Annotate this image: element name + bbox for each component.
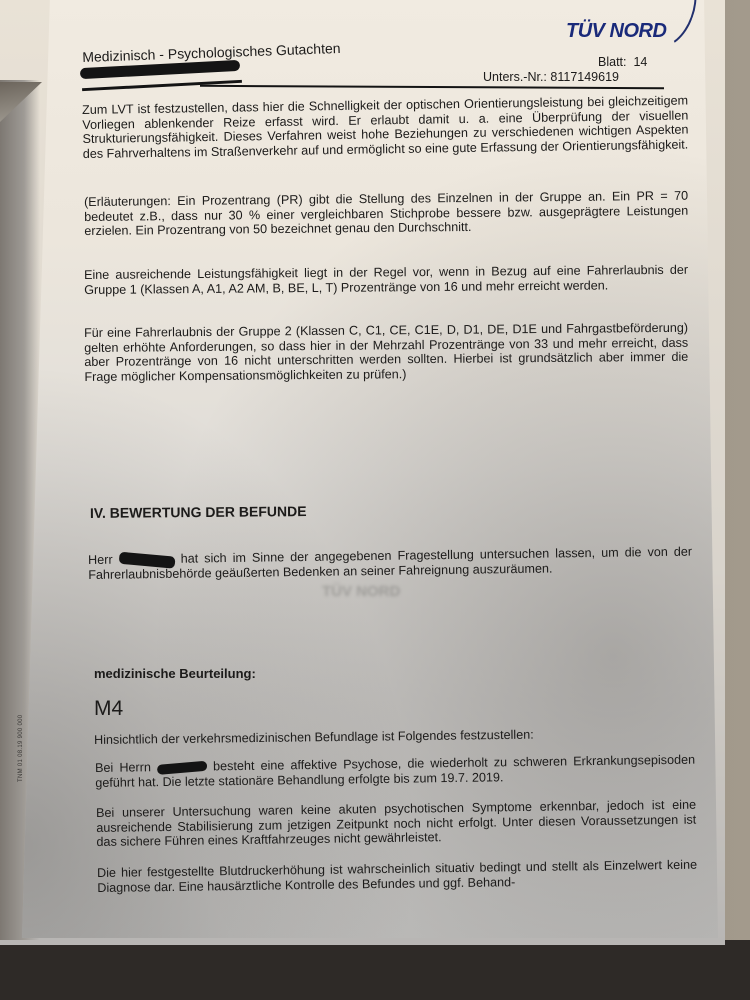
- paragraph-group1: Eine ausreichende Leistungsfähigkeit lie…: [84, 263, 688, 297]
- redacted-name: [157, 760, 208, 774]
- header-divider: [200, 85, 664, 89]
- tuv-nord-logo: TÜV NORD: [566, 20, 666, 43]
- intro-text: hat sich im Sinne der angegebenen Frages…: [88, 545, 692, 582]
- paragraph-medical-intro: Hinsichtlich der verkehrsmedizinischen B…: [94, 726, 694, 748]
- sheet-number: Blatt: 14: [598, 55, 647, 69]
- medical-code: M4: [94, 697, 123, 721]
- document-content: TÜV NORD Medizinisch - Psychologisches G…: [0, 0, 750, 1000]
- redacted-name: [118, 551, 175, 568]
- paragraph-lvt: Zum LVT ist festzustellen, dass hier die…: [82, 93, 689, 161]
- exam-number-value: 8117149619: [550, 70, 619, 84]
- exam-number-label: Unters.-Nr.:: [483, 70, 547, 84]
- paragraph-section-intro: Herr hat sich im Sinne der angegebenen F…: [88, 545, 692, 583]
- sheet-label: Blatt:: [598, 55, 627, 69]
- form-code: TNM 01 08.19 900 000: [18, 715, 24, 782]
- paragraph-psychosis: Bei Herrn besteht eine affektive Psychos…: [95, 753, 695, 791]
- exam-number: Unters.-Nr.: 8117149619: [483, 70, 619, 84]
- paragraph-blood-pressure: Die hier festgestellte Blutdruckerhöhung…: [97, 858, 697, 896]
- paragraph-examination: Bei unserer Untersuchung waren keine aku…: [96, 798, 697, 850]
- medical-subheading: medizinische Beurteilung:: [94, 666, 256, 681]
- paragraph-group2: Für eine Fahrerlaubnis der Gruppe 2 (Kla…: [84, 321, 688, 385]
- sheet-value: 14: [633, 55, 647, 69]
- section-heading: IV. BEWERTUNG DER BEFUNDE: [90, 503, 307, 521]
- watermark: TÜV NORD: [322, 583, 400, 600]
- psychosis-prefix: Bei Herrn: [95, 760, 151, 775]
- intro-prefix: Herr: [88, 553, 113, 567]
- paragraph-explanation: (Erläuterungen: Ein Prozentrang (PR) gib…: [84, 189, 688, 239]
